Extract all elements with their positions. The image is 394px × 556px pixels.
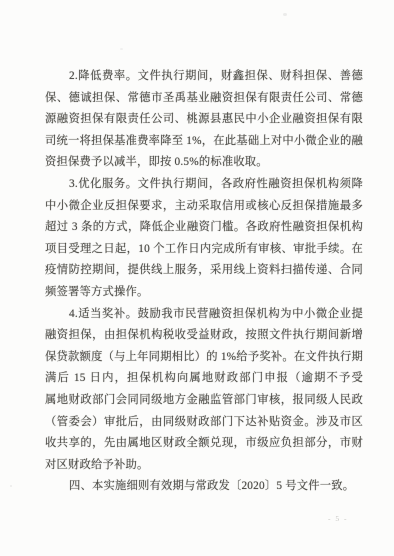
text-line: 对区财政给予补助。 bbox=[45, 455, 363, 477]
scan-speck bbox=[120, 48, 123, 50]
text-line: （管委会）审批后，由同级财政部门下达补贴资金。涉及市区税 bbox=[45, 412, 363, 434]
page-number: - 5 - bbox=[322, 514, 354, 524]
text-line: 属地财政部门会同同级地方金融监管部门审核，报同级人民政府 bbox=[45, 390, 363, 412]
document-page: 2.降低费率。文件执行期间，财鑫担保、财科担保、善德担保、德诚担保、常德市圣禹基… bbox=[0, 0, 394, 556]
text-line: 司统一将担保基准费率降至 1%，在此基础上对中小微企业的融 bbox=[45, 131, 363, 153]
document-body: 2.降低费率。文件执行期间，财鑫担保、财科担保、善德担保、德诚担保、常德市圣禹基… bbox=[45, 66, 363, 498]
text-line: 融资担保，由担保机构税收受益财政，按照文件执行期间新增担 bbox=[45, 325, 363, 347]
text-line: 中小微企业反担保要求，主动采取信用或核心反担保措施最多不 bbox=[45, 196, 363, 218]
scan-speck bbox=[283, 13, 287, 16]
scan-speck bbox=[10, 485, 12, 487]
text-line: 超过 3 条的方式，降低企业融资门槛。各政府性融资担保机构自 bbox=[45, 217, 363, 239]
text-line: 频签署等方式操作。 bbox=[45, 282, 363, 304]
text-line: 保、德诚担保、常德市圣禹基业融资担保有限责任公司、常德美 bbox=[45, 88, 363, 110]
text-line: 源融资担保有限责任公司、桃源县惠民中小企业融资担保有限公 bbox=[45, 109, 363, 131]
text-line: 项目受理之日起，10 个工作日内完成所有审核、审批手续。在 bbox=[45, 239, 363, 261]
text-line: 保贷款额度（与上年同期相比）的 1%给予奖补。在文件执行期 bbox=[45, 347, 363, 369]
text-line: 2.降低费率。文件执行期间，财鑫担保、财科担保、善德担 bbox=[45, 66, 363, 88]
text-line: 疫情防控期间，提供线上服务，采用线上资料扫描传递、合同视 bbox=[45, 260, 363, 282]
text-line: 4.适当奖补。鼓励我市民营融资担保机构为中小微企业提供 bbox=[45, 304, 363, 326]
text-line: 四、本实施细则有效期与常政发〔2020〕5 号文件一致。 bbox=[45, 476, 363, 498]
text-line: 满后 15 日内，担保机构向属地财政部门申报（逾期不予受理）， bbox=[45, 368, 363, 390]
text-line: 3.优化服务。文件执行期间，各政府性融资担保机构须降低 bbox=[45, 174, 363, 196]
text-line: 资担保费予以减半，即按 0.5%的标准收取。 bbox=[45, 152, 363, 174]
text-line: 收共享的，先由属地区财政全额兑现，市级应负担部分，市财政 bbox=[45, 433, 363, 455]
